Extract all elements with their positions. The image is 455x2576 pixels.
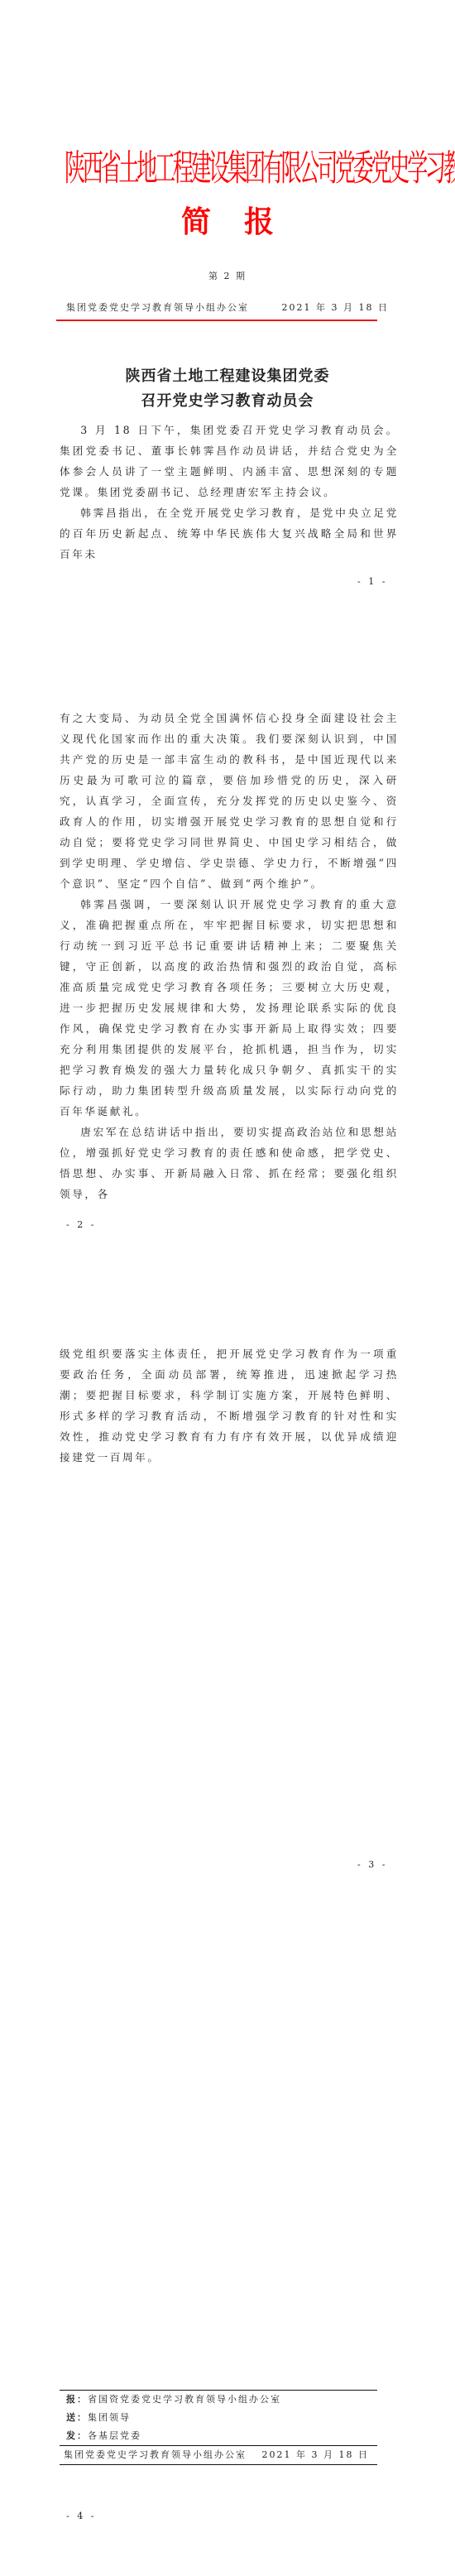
paragraph-3: 韩霁昌强调，一要深刻认识开展党史学习教育的重大意义，准确把握重点所在，牢牢把握目… [60,894,399,1122]
distribution-send: 送：集团领导 [60,2409,377,2427]
issue-date: 2021 年 3 月 18 日 [282,300,389,314]
footer-issuer: 集团党委党史学习教育领导小组办公室 [64,2446,247,2464]
issue-to: 各基层党委 [88,2430,141,2441]
paragraph-4-start: 唐宏军在总结讲话中指出，要切实提高政治站位和思想站位，增强抓好党史学习教育的责任… [60,1122,399,1204]
red-divider [56,320,377,321]
paragraph-2-cont: 有之大变局、为动员全党全国满怀信心投身全面建设社会主义现代化国家而作出的重大决策… [60,708,399,894]
brief-label: 简报 [0,201,455,243]
headline-line-1: 陕西省土地工程建设集团党委 [0,364,455,389]
page-number-4: - 4 - [66,2511,96,2521]
article-headline: 陕西省土地工程建设集团党委 召开党史学习教育动员会 [0,364,455,414]
distribution-block: 报：省国资党委党史学习教育领导小组办公室 送：集团领导 发：各基层党委 集团党委… [60,2390,377,2465]
send-label: 送： [66,2412,88,2423]
issuer-row: 集团党委党史学习教育领导小组办公室 2021 年 3 月 18 日 [66,300,389,314]
distribution-issue: 发：各基层党委 [60,2427,377,2445]
page-number-3: - 3 - [357,1859,387,1870]
issue-number: 第 2 期 [0,269,455,282]
page-2-body: 有之大变局、为动员全党全国满怀信心投身全面建设社会主义现代化国家而作出的重大决策… [60,708,399,1204]
page-number-1: - 1 - [357,576,387,587]
paragraph-4-cont: 级党组织要落实主体责任，把开展党史学习教育作为一项重要政治任务，全面动员部署，统… [60,1343,399,1468]
report-to: 省国资党委党史学习教育领导小组办公室 [88,2394,281,2405]
paragraph-1: 3 月 18 日下午，集团党委召开党史学习教育动员会。集团党委书记、董事长韩霁昌… [60,420,399,502]
distribution-report: 报：省国资党委党史学习教育领导小组办公室 [60,2391,377,2409]
distribution-footer: 集团党委党史学习教育领导小组办公室 2021 年 3 月 18 日 [60,2446,377,2465]
report-label: 报： [66,2394,88,2405]
headline-line-2: 召开党史学习教育动员会 [0,389,455,414]
issuer-name: 集团党委党史学习教育领导小组办公室 [66,300,249,314]
org-title: 陕西省土地工程建设集团有限公司党委党史学习教育 [65,132,390,207]
page-1-body: 3 月 18 日下午，集团党委召开党史学习教育动员会。集团党委书记、董事长韩霁昌… [60,420,399,565]
send-to: 集团领导 [88,2412,131,2423]
paragraph-2-start: 韩霁昌指出，在全党开展党史学习教育，是党中央立足党的百年历史新起点、统筹中华民族… [60,502,399,565]
page-3-body: 级党组织要落实主体责任，把开展党史学习教育作为一项重要政治任务，全面动员部署，统… [60,1343,399,1468]
issue-label: 发： [66,2430,88,2441]
footer-date: 2021 年 3 月 18 日 [262,2446,369,2464]
page-number-2: - 2 - [66,1219,96,1230]
